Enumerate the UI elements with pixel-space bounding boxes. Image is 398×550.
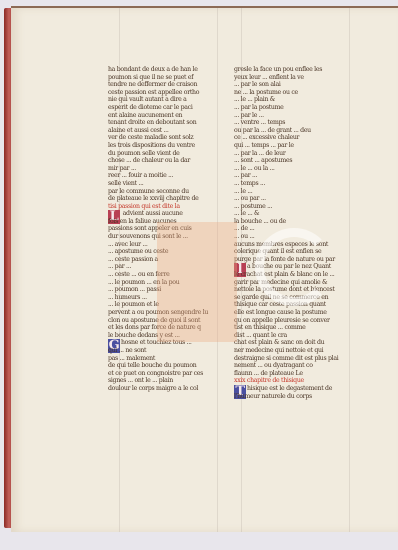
text-line: reer ... fouir a moitie ... — [108, 172, 228, 180]
text-line: Thisique est le degastement de — [234, 385, 354, 393]
text-line: ... ventre ... temps — [234, 119, 354, 127]
text-line: nie qui vault autant a dire a — [108, 96, 228, 104]
text-line: l'humeur naturele du corps — [234, 393, 354, 401]
text-line: mir par ... — [108, 165, 228, 173]
text-line: destraigne si comme dit est plus plai — [234, 355, 354, 363]
text-line: tenant droite en deboutant son — [108, 119, 228, 127]
text-line: qui ... temps ... par le — [234, 142, 354, 150]
text-line: pas ... malement — [108, 355, 228, 363]
text-line: ha bondant de deux a de han le — [108, 66, 228, 74]
text-line: doulour le corps maigre a le col — [108, 385, 228, 393]
text-line: ... par le son alai — [234, 81, 354, 89]
text-line: ... le ... plain & — [234, 96, 354, 104]
text-line: les trois dispositions du ventre — [108, 142, 228, 150]
text-line: tist en thisique ... comme — [234, 324, 354, 332]
watermark-logo-icon — [255, 228, 333, 306]
text-line: gresle la face un pou enflee les — [234, 66, 354, 74]
text-line: qu on appelle pleuresie se conver — [234, 317, 354, 325]
text-line: esperit de dioteme car le paci — [108, 104, 228, 112]
text-line: ce ... excessive chaleur — [234, 134, 354, 142]
text-line: ... par ... — [234, 172, 354, 180]
text-line: et ce puet on congnoistre par ces — [108, 370, 228, 378]
text-line: signes ... ont le ... plain — [108, 377, 228, 385]
text-line: ... temps ... — [234, 180, 354, 188]
text-line: xxix chapitre de thisique — [234, 377, 354, 385]
text-line: ne ... la postume ou ce — [234, 89, 354, 97]
text-line: poumon si que il ne se puet ef — [108, 74, 228, 82]
text-line: ... par la ... de leur — [234, 150, 354, 158]
text-line: ceste passion est appellee ortho — [108, 89, 228, 97]
text-line: ... par le ... — [234, 112, 354, 120]
text-line: ... par la postume — [234, 104, 354, 112]
text-line: chose ... de chaleur ou la dar — [108, 157, 228, 165]
text-line: L advient aussi aucune — [108, 210, 228, 218]
text-line: ... postume ... — [234, 203, 354, 211]
text-line: ... le ... & — [234, 210, 354, 218]
text-line: qui ... ne sont — [108, 347, 228, 355]
text-line: ent alaine aucunement en — [108, 112, 228, 120]
text-line: ... ou par ... — [234, 195, 354, 203]
text-line: ver de ceste maladie sont solz — [108, 134, 228, 142]
text-line: elle est longue cause la postume — [234, 309, 354, 317]
text-line: ou par la ... de grant ... deu — [234, 127, 354, 135]
text-line: ... sont ... apostumes — [234, 157, 354, 165]
watermark-block — [157, 222, 237, 342]
text-line: ... le ... — [234, 188, 354, 196]
text-line: selle vient ... — [108, 180, 228, 188]
text-line: du poumon selle vient de — [108, 150, 228, 158]
text-line: flaunn ... de plateaue Le — [234, 370, 354, 378]
text-line: tendre ne deffermer de craison — [108, 81, 228, 89]
text-line: de plateaue le xxviij chapitre de — [108, 195, 228, 203]
text-line: de qui telle bouche du poumon — [108, 362, 228, 370]
text-line: dist ... quant le cra — [234, 332, 354, 340]
text-line: yeux leur ... enflent la ve — [234, 74, 354, 82]
text-line: nement ... ou dyatragant co — [234, 362, 354, 370]
text-line: chat est plain & sanc on doit du — [234, 339, 354, 347]
text-line: par le commune seconne du — [108, 188, 228, 196]
text-line: la bouche ... ou de — [234, 218, 354, 226]
text-line: alaine et aussi cest ... — [108, 127, 228, 135]
text-line: ... le ... ou la ... — [234, 165, 354, 173]
text-line: ner medecine qui nettoie et qui — [234, 347, 354, 355]
